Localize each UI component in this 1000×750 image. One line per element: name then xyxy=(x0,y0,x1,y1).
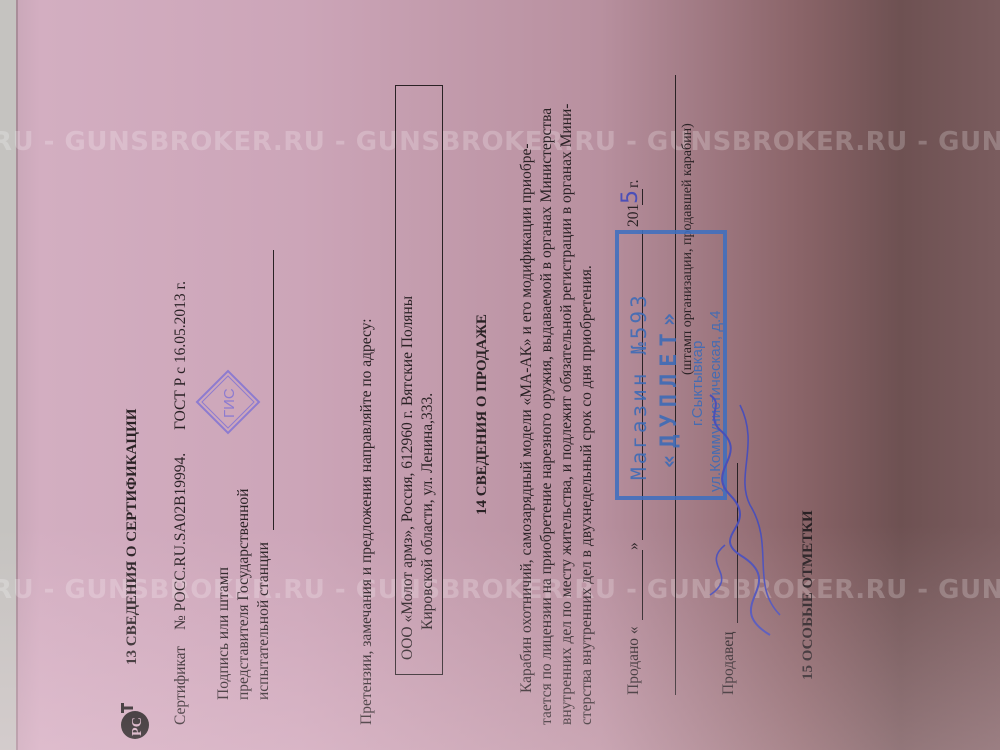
lighting-overlay xyxy=(0,0,1000,750)
